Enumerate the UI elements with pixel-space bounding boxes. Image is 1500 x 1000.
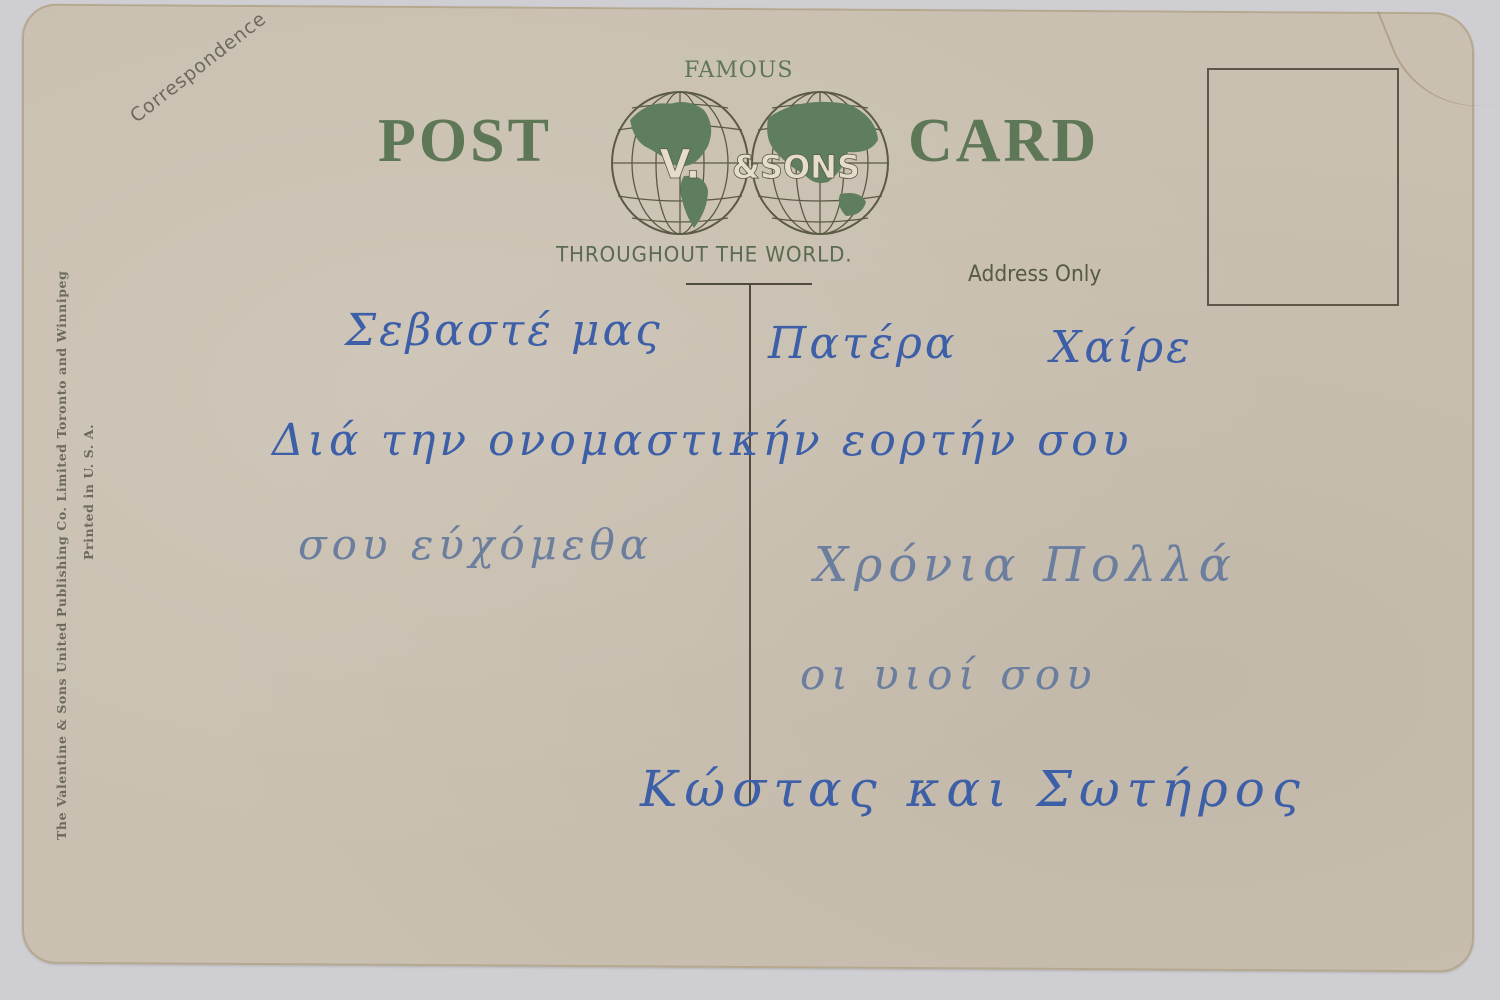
address-only-label: Address Only [968, 262, 1101, 287]
handwriting-many-years: Χρόνια Πολλά [814, 537, 1237, 593]
svg-text:&SONS: &SONS [732, 148, 860, 186]
publisher-line: The Valentine & Sons United Publishing C… [54, 271, 69, 840]
printed-in-line: Printed in U. S. A. [81, 80, 96, 560]
publisher-imprint: The Valentine & Sons United Publishing C… [54, 80, 96, 840]
handwriting-father: Πατέρα [768, 318, 958, 369]
globe-logo-icon: V. &SONS [608, 90, 892, 236]
handwriting-your-sons: οι υιοί σου [800, 650, 1098, 699]
handwriting-salutation: Σεβαστέ μας [345, 305, 663, 356]
handwriting-we-wish: σου εύχόμεθα [298, 520, 653, 569]
divider-vertical-rule [749, 283, 751, 803]
handwriting-nameday: Διά την ονομαστικήν εορτήν σου [272, 415, 1132, 466]
logo-famous-text: FAMOUS [684, 58, 793, 83]
heading-card: CARD [908, 106, 1099, 177]
logo-v-text: V. [660, 142, 701, 188]
handwriting-greeting: Χαίρε [1050, 322, 1193, 373]
logo-tagline: THROUGHOUT THE WORLD. [556, 241, 852, 266]
stamp-placement-box [1207, 68, 1399, 306]
heading-post: POST [378, 106, 552, 177]
handwriting-signature: Κώστας και Σωτήρος [640, 760, 1307, 818]
